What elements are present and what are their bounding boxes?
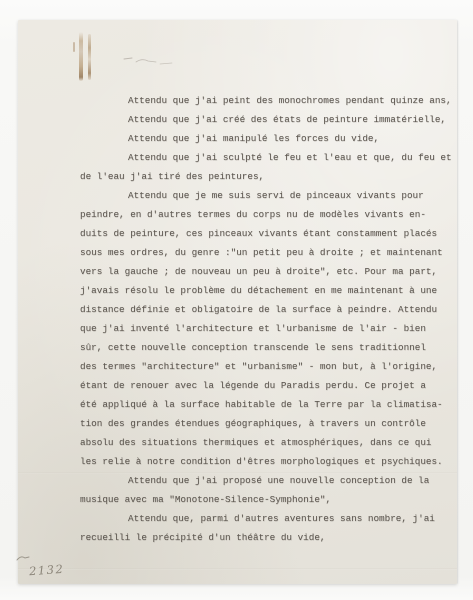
text-line: été appliqué à la surface habitable de l… [80, 395, 452, 414]
text-line: de l'eau j'ai tiré des peintures, [80, 167, 452, 186]
paper-sheet: Attendu que j'ai peint des monochromes p… [18, 20, 457, 584]
text-line: Attendu que j'ai créé des états de peint… [80, 110, 452, 129]
text-line: absolu des situations thermiques et atmo… [80, 433, 452, 452]
text-line: duits de peinture, ces pinceaux vivants … [80, 224, 452, 243]
pencil-scribble-mark [122, 52, 180, 70]
text-line: tion des grandes étendues géographiques,… [80, 414, 452, 433]
text-line: les relie à notre condition d'êtres morp… [80, 452, 452, 471]
text-line: sûr, cette nouvelle conception transcend… [80, 338, 452, 357]
text-line: Attendu que j'ai peint des monochromes p… [80, 91, 452, 110]
text-line: Attendu que j'ai sculpté le feu et l'eau… [80, 148, 452, 167]
text-line: Attendu que j'ai manipulé les forces du … [80, 129, 452, 148]
text-line: Attendu que j'ai proposé une nouvelle co… [80, 471, 452, 490]
text-line: vers la gauche ; de nouveau un peu à dro… [80, 262, 452, 281]
rust-speck [73, 42, 75, 52]
typewritten-text-block: Attendu que j'ai peint des monochromes p… [80, 91, 452, 547]
paper-crease [18, 568, 457, 570]
text-line: recueilli le précipité d'un théâtre du v… [80, 528, 452, 547]
text-line: Attendu que, parmi d'autres aventures sa… [80, 509, 452, 528]
text-line: j'avais résolu le problème du détachemen… [80, 281, 452, 300]
text-line: peindre, en d'autres termes du corps nu … [80, 205, 452, 224]
rust-stain-right [88, 34, 91, 80]
text-line: des termes "architecture" et "urbanisme"… [80, 357, 452, 376]
handwritten-number: 2132 [29, 562, 65, 578]
text-line: que j'ai inventé l'architecture et l'urb… [80, 319, 452, 338]
text-line: distance définie et obligatoire de la su… [80, 300, 452, 319]
text-line: Attendu que je me suis servi de pinceaux… [80, 186, 452, 205]
text-line: sous mes ordres, du genre :"un petit peu… [80, 243, 452, 262]
rust-stain-left [79, 32, 83, 81]
text-line: étant de renouer avec la légende du Para… [80, 376, 452, 395]
text-line: musique avec ma "Monotone-Silence-Sympho… [80, 490, 452, 509]
